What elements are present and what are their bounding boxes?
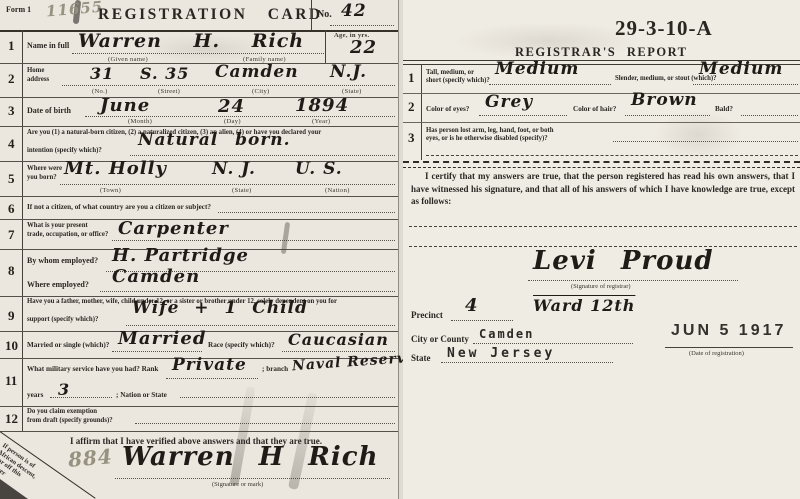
name-label: Name in full — [27, 41, 69, 50]
citizenship-label-2: intention (specify which)? — [27, 147, 102, 154]
birth-date-label: Date of birth — [27, 106, 71, 115]
disability-label-1: Has person lost arm, leg, hand, foot, or… — [426, 127, 554, 134]
exemption-label-2: from draft (specify grounds)? — [27, 417, 113, 424]
employer-label: By whom employed? — [27, 256, 98, 265]
pencil-order-number: 884 — [67, 444, 114, 472]
race-value: Caucasian — [288, 330, 389, 349]
height-label-1: Tall, medium, or — [426, 69, 474, 76]
dotted-line — [166, 378, 258, 379]
row-4-number: 4 — [8, 136, 15, 152]
hair-value: Brown — [631, 90, 698, 110]
dotted-line — [126, 325, 395, 326]
state-sublabel: (State) — [232, 187, 252, 194]
registrar-signature: Levi Proud — [533, 246, 714, 276]
employer-value: H. Partridge — [112, 245, 249, 266]
month-sublabel: (Month) — [128, 118, 152, 125]
row-12-number: 12 — [5, 411, 18, 427]
name-value: Warren H. Rich — [78, 30, 304, 52]
bald-label: Bald? — [715, 105, 733, 113]
dotted-line — [112, 351, 202, 352]
row-9-number: 9 — [8, 308, 15, 324]
dotted-line — [479, 115, 567, 116]
age-value: 22 — [350, 37, 377, 58]
birth-day-value: 24 — [218, 96, 245, 117]
employed-where-label: Where employed? — [27, 280, 89, 289]
number-column-line — [421, 64, 422, 160]
card-title: REGISTRATION CARD — [98, 6, 323, 24]
dependents-value: Wife + 1 Child — [132, 298, 308, 318]
dotted-line — [180, 397, 395, 398]
exemption-label-1: Do you claim exemption — [27, 408, 97, 415]
height-value: Medium — [495, 59, 579, 79]
form-number-label: Form 1 — [6, 5, 31, 14]
married-label: Married or single (which)? — [27, 341, 109, 349]
dotted-line — [62, 85, 395, 86]
row-11-number: 11 — [5, 373, 17, 389]
row-6-number: 6 — [8, 201, 15, 217]
age-column-line — [325, 30, 326, 63]
address-city-value: Camden — [215, 62, 299, 82]
eyes-value: Grey — [485, 92, 533, 112]
dotted-line — [489, 84, 611, 85]
dotted-line — [115, 478, 390, 479]
dotted-line — [330, 25, 394, 26]
race-label: Race (specify which)? — [208, 341, 275, 349]
row-rule — [403, 122, 800, 123]
address-state-sublabel: (State) — [342, 88, 362, 95]
dotted-line — [72, 53, 324, 54]
precinct-label: Precinct — [411, 310, 443, 320]
disability-label-2: eyes, or is he otherwise disabled (speci… — [426, 135, 548, 142]
registrant-number-value: 42 — [341, 1, 367, 21]
home-address-label-1: Home — [27, 67, 44, 74]
branch-label: ; branch — [262, 365, 288, 373]
row-7-number: 7 — [8, 227, 15, 243]
date-stamp: JUN 5 1917 — [671, 322, 786, 340]
report-code: 29-3-10-A — [615, 16, 713, 41]
dotted-line — [528, 280, 738, 281]
address-street-sublabel: (Street) — [158, 88, 180, 95]
birth-town-value: Mt. Holly — [64, 158, 167, 179]
dotted-line — [741, 115, 798, 116]
trade-label-2: trade, occupation, or office? — [27, 231, 108, 238]
day-sublabel: (Day) — [224, 118, 241, 125]
registrars-report: 29-3-10-A REGISTRAR'S REPORT 1 Tall, med… — [403, 0, 800, 499]
precinct-value: 4 — [465, 295, 479, 316]
dependents-label-2: support (specify which)? — [27, 316, 98, 323]
paper-smudge — [653, 110, 743, 160]
dotted-line — [473, 343, 633, 344]
dotted-line — [451, 320, 513, 321]
scanned-draft-card-page: Form 1 11655 REGISTRATION CARD No. 42 1 … — [0, 0, 800, 499]
registrant-signature: Warren H Rich — [122, 442, 379, 472]
row-3-number: 3 — [8, 103, 15, 119]
dashed-line — [426, 155, 798, 156]
stamp-rule — [665, 347, 793, 348]
header-divider-line — [311, 0, 312, 30]
born-label-1: Where were — [27, 165, 62, 172]
row-5-number: 5 — [8, 171, 15, 187]
height-label-2: short (specify which)? — [426, 77, 490, 84]
registration-card: Form 1 11655 REGISTRATION CARD No. 42 1 … — [0, 0, 399, 499]
address-state-value: N.J. — [330, 62, 367, 82]
row-rule — [0, 196, 398, 197]
city-county-label: City or County — [411, 334, 469, 344]
ward-value: Ward 12th — [533, 296, 635, 315]
trade-label-1: What is your present — [27, 222, 88, 229]
report-row-3-number: 3 — [408, 130, 415, 146]
report-row-1-number: 1 — [408, 70, 415, 86]
dotted-line — [613, 141, 798, 142]
address-city-sublabel: (City) — [252, 88, 270, 95]
dotted-line — [625, 115, 710, 116]
dashed-line — [409, 226, 797, 227]
row-8-number: 8 — [8, 263, 15, 279]
registrar-signature-caption: (Signature of registrar) — [571, 283, 631, 290]
city-county-value: Camden — [479, 327, 534, 341]
dotted-line — [441, 362, 613, 363]
address-no-sublabel: (No.) — [92, 88, 108, 95]
heavy-dashed-rule — [403, 161, 800, 168]
eyes-label: Color of eyes? — [426, 105, 469, 113]
dotted-line — [218, 212, 395, 213]
dotted-line — [85, 116, 395, 117]
address-number-value: 31 — [90, 64, 114, 83]
married-value: Married — [118, 328, 206, 349]
row-10-number: 10 — [5, 338, 18, 354]
branch-value: Naval Reserve — [292, 350, 417, 375]
dotted-line — [50, 397, 112, 398]
birth-year-value: 1894 — [295, 95, 349, 116]
row-rule — [0, 431, 398, 432]
report-row-2-number: 2 — [408, 99, 415, 115]
trade-value: Carpenter — [118, 218, 229, 239]
row-rule — [403, 93, 800, 94]
military-rank-label: What military service have you had? Rank — [27, 365, 158, 373]
row-2-number: 2 — [8, 71, 15, 87]
nation-sublabel: (Nation) — [325, 187, 350, 194]
row-rule — [0, 126, 398, 127]
dotted-line — [112, 240, 395, 241]
registrant-number-label: No. — [317, 9, 332, 20]
citizenship-value: Natural born. — [138, 130, 291, 150]
address-street-value: S. 35 — [140, 64, 189, 83]
dotted-line — [100, 291, 395, 292]
home-address-label-2: address — [27, 76, 49, 83]
nation-state-label: ; Nation or State — [116, 391, 167, 399]
state-label: State — [411, 353, 431, 363]
number-column-line — [22, 30, 23, 431]
born-label-2: you born? — [27, 174, 57, 181]
dotted-line — [130, 155, 395, 156]
pencil-serial-number: 11655 — [45, 0, 104, 20]
given-name-sublabel: (Given name) — [108, 56, 148, 63]
certification-text: I certify that my answers are true, that… — [411, 170, 795, 208]
dotted-line — [693, 84, 798, 85]
town-sublabel: (Town) — [100, 187, 121, 194]
employed-where-value: Camden — [112, 266, 200, 287]
rank-value: Private — [172, 355, 247, 375]
state-value: New Jersey — [447, 346, 555, 361]
birth-nation-value: U. S. — [295, 159, 343, 179]
dark-corner — [0, 479, 28, 499]
build-value: Medium — [699, 59, 783, 79]
report-title: REGISTRAR'S REPORT — [515, 45, 688, 60]
hair-label: Color of hair? — [573, 105, 616, 113]
row-rule — [0, 406, 398, 407]
years-label: years — [27, 391, 43, 399]
date-stamp-caption: (Date of registration) — [689, 350, 744, 357]
non-citizen-label: If not a citizen, of what country are yo… — [27, 203, 211, 211]
dotted-line — [135, 423, 395, 424]
birth-state-value: N. J. — [212, 159, 256, 179]
row-1-number: 1 — [8, 38, 15, 54]
year-sublabel: (Year) — [312, 118, 330, 125]
birth-month-value: June — [100, 95, 150, 116]
dotted-line — [60, 184, 395, 185]
row-rule — [0, 296, 398, 297]
